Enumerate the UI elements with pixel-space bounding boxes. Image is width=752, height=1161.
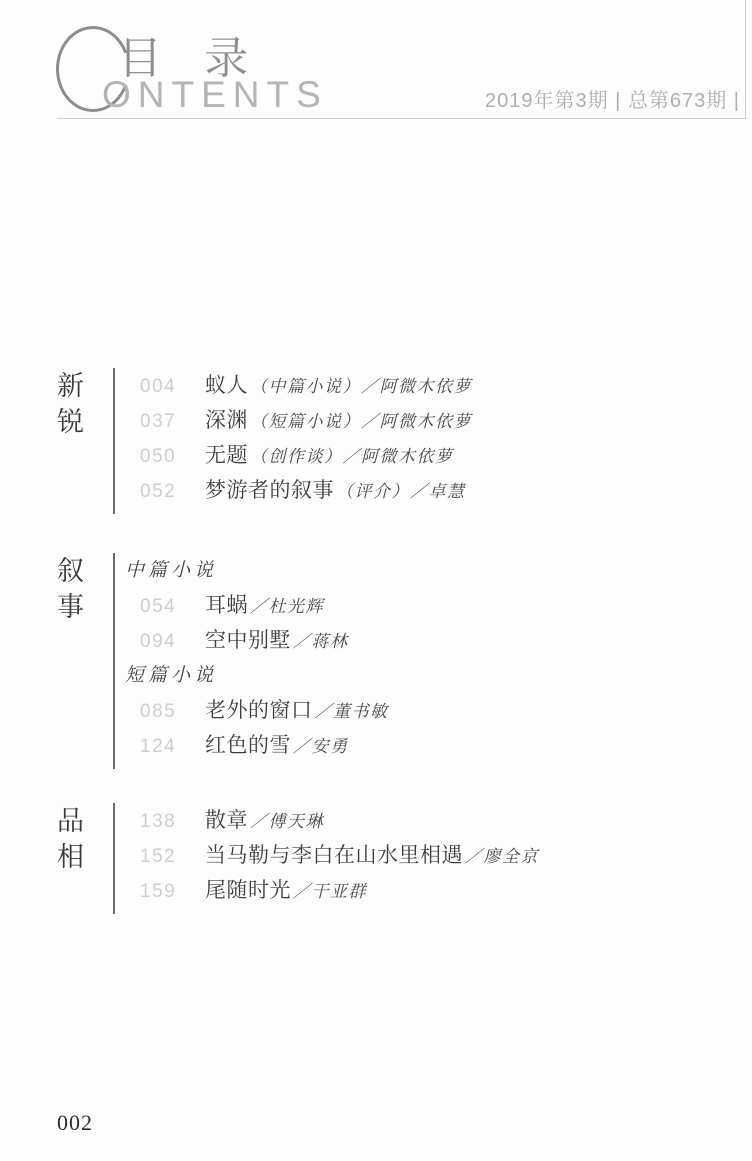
entry-title: 梦游者的叙事	[205, 473, 334, 508]
toc-page: 目 录 ONTENTS 2019年第3期 | 总第673期 | 新锐 004 蚁…	[0, 0, 752, 1161]
entry-genre-author: ／董书敏	[313, 694, 389, 729]
toc-entry: 152 当马勒与李白在山水里相遇 ／廖全京	[115, 838, 539, 873]
entry-genre-author: （评介）／卓慧	[334, 474, 466, 509]
section-entries: 004 蚁人 （中篇小说）／阿微木依萝 037 深渊 （短篇小说）／阿微木依萝 …	[113, 368, 472, 514]
section-entries: 138 散章 ／傅天琳 152 当马勒与李白在山水里相遇 ／廖全京 159 尾随…	[113, 803, 539, 914]
entry-title: 红色的雪	[205, 728, 291, 763]
section-entries: 中篇小说 054 耳蜗 ／杜光辉 094 空中别墅 ／蒋林 短篇小说 085 老…	[113, 553, 389, 769]
entry-genre-author: （创作谈）／阿微木依萝	[248, 439, 454, 474]
toc-entry: 004 蚁人 （中篇小说）／阿微木依萝	[115, 368, 472, 403]
entry-page-number: 094	[115, 624, 205, 659]
section-xushi: 叙事 中篇小说 054 耳蜗 ／杜光辉 094 空中别墅 ／蒋林 短篇小说 08…	[57, 553, 389, 769]
entry-page-number: 124	[115, 729, 205, 764]
entry-page-number: 152	[115, 839, 205, 874]
toc-entry: 052 梦游者的叙事 （评介）／卓慧	[115, 473, 472, 508]
subsection-label: 短篇小说	[115, 658, 217, 693]
section-label: 叙事	[57, 553, 113, 769]
entry-title: 蚁人	[205, 368, 248, 403]
entry-title: 老外的窗口	[205, 693, 313, 728]
subsection-row: 短篇小说	[115, 658, 389, 693]
entry-page-number: 052	[115, 474, 205, 509]
entry-title: 当马勒与李白在山水里相遇	[205, 838, 463, 873]
entry-page-number: 004	[115, 369, 205, 404]
entry-genre-author: ／干亚群	[291, 874, 367, 909]
toc-entry: 138 散章 ／傅天琳	[115, 803, 539, 838]
subsection-row: 中篇小说	[115, 553, 389, 588]
entry-title: 尾随时光	[205, 873, 291, 908]
entry-genre-author: ／廖全京	[463, 839, 539, 874]
entry-genre-author: ／傅天琳	[248, 804, 324, 839]
folio-page-number: 002	[57, 1110, 93, 1136]
entry-title: 散章	[205, 803, 248, 838]
entry-genre-author: （中篇小说）／阿微木依萝	[248, 369, 472, 404]
entry-title: 深渊	[205, 403, 248, 438]
toc-entry: 054 耳蜗 ／杜光辉	[115, 588, 389, 623]
entry-page-number: 085	[115, 694, 205, 729]
toc-entry: 124 红色的雪 ／安勇	[115, 728, 389, 763]
section-label: 新锐	[57, 368, 113, 514]
toc-entry: 050 无题 （创作谈）／阿微木依萝	[115, 438, 472, 473]
subsection-label: 中篇小说	[115, 553, 217, 588]
entry-page-number: 054	[115, 589, 205, 624]
section-label: 品相	[57, 803, 113, 914]
page-title-en: ONTENTS	[102, 74, 328, 116]
entry-page-number: 138	[115, 804, 205, 839]
entry-genre-author: ／安勇	[291, 729, 349, 764]
edge-rule	[745, 0, 746, 118]
entry-genre-author: ／杜光辉	[248, 589, 324, 624]
toc-entry: 037 深渊 （短篇小说）／阿微木依萝	[115, 403, 472, 438]
entry-page-number: 050	[115, 439, 205, 474]
toc-entry: 085 老外的窗口 ／董书敏	[115, 693, 389, 728]
entry-title: 空中别墅	[205, 623, 291, 658]
header-divider	[57, 118, 746, 119]
entry-page-number: 159	[115, 874, 205, 909]
entry-genre-author: （短篇小说）／阿微木依萝	[248, 404, 472, 439]
toc-entry: 159 尾随时光 ／干亚群	[115, 873, 539, 908]
issue-info: 2019年第3期 | 总第673期 |	[485, 84, 740, 113]
section-xinrui: 新锐 004 蚁人 （中篇小说）／阿微木依萝 037 深渊 （短篇小说）／阿微木…	[57, 368, 472, 514]
entry-title: 耳蜗	[205, 588, 248, 623]
entry-title: 无题	[205, 438, 248, 473]
section-pinxiang: 品相 138 散章 ／傅天琳 152 当马勒与李白在山水里相遇 ／廖全京 159…	[57, 803, 539, 914]
entry-genre-author: ／蒋林	[291, 624, 349, 659]
toc-entry: 094 空中别墅 ／蒋林	[115, 623, 389, 658]
entry-page-number: 037	[115, 404, 205, 439]
